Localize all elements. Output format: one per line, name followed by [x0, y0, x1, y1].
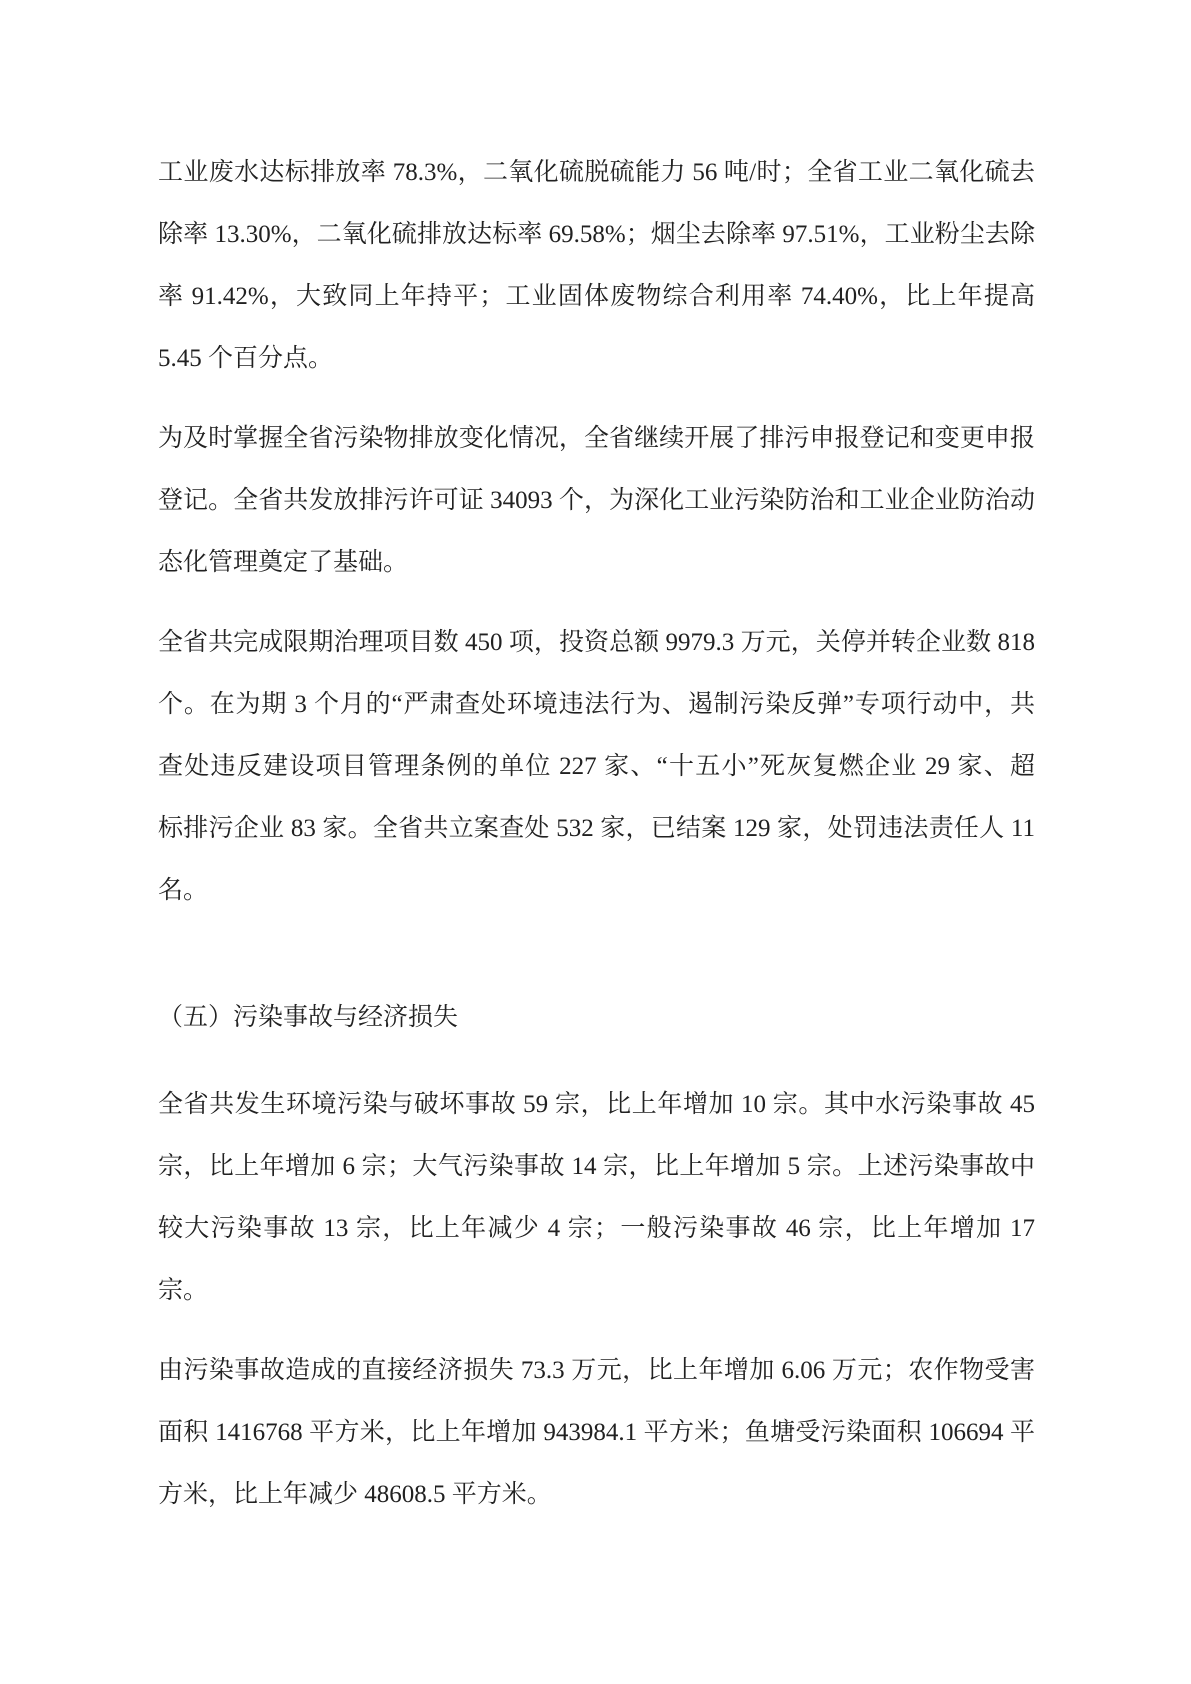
- text-line: 较大污染事故 13 宗，比上年减少 4 宗；一般污染事故 46 宗，比上年增加 …: [158, 1198, 1035, 1260]
- body-paragraph: 全省共完成限期治理项目数 450 项，投资总额 9979.3 万元，关停并转企业…: [158, 612, 1035, 922]
- section-heading: （五）污染事故与经济损失: [158, 987, 1035, 1049]
- text-line: 个。在为期 3 个月的“严肃查处环境违法行为、遏制污染反弹”专项行动中，共: [158, 674, 1035, 736]
- text-line: 率 91.42%，大致同上年持平；工业固体废物综合利用率 74.40%，比上年提…: [158, 266, 1035, 328]
- body-paragraph: 工业废水达标排放率 78.3%，二氧化硫脱硫能力 56 吨/时；全省工业二氧化硫…: [158, 142, 1035, 390]
- text-line: 查处违反建设项目管理条例的单位 227 家、“十五小”死灰复燃企业 29 家、超: [158, 736, 1035, 798]
- document-body: 工业废水达标排放率 78.3%，二氧化硫脱硫能力 56 吨/时；全省工业二氧化硫…: [158, 142, 1035, 1544]
- text-line: 工业废水达标排放率 78.3%，二氧化硫脱硫能力 56 吨/时；全省工业二氧化硫…: [158, 142, 1035, 204]
- body-paragraph: 由污染事故造成的直接经济损失 73.3 万元，比上年增加 6.06 万元；农作物…: [158, 1340, 1035, 1526]
- text-line: 全省共完成限期治理项目数 450 项，投资总额 9979.3 万元，关停并转企业…: [158, 612, 1035, 674]
- text-line: 除率 13.30%，二氧化硫排放达标率 69.58%；烟尘去除率 97.51%，…: [158, 204, 1035, 266]
- body-paragraph: 为及时掌握全省污染物排放变化情况，全省继续开展了排污申报登记和变更申报 登记。全…: [158, 408, 1035, 594]
- text-line: 面积 1416768 平方米，比上年增加 943984.1 平方米；鱼塘受污染面…: [158, 1402, 1035, 1464]
- text-line: 全省共发生环境污染与破坏事故 59 宗，比上年增加 10 宗。其中水污染事故 4…: [158, 1074, 1035, 1136]
- text-line: 态化管理奠定了基础。: [158, 532, 1035, 594]
- text-line: 标排污企业 83 家。全省共立案查处 532 家，已结案 129 家，处罚违法责…: [158, 798, 1035, 860]
- text-line: 方米，比上年减少 48608.5 平方米。: [158, 1464, 1035, 1526]
- body-paragraph: 全省共发生环境污染与破坏事故 59 宗，比上年增加 10 宗。其中水污染事故 4…: [158, 1074, 1035, 1322]
- text-line: 为及时掌握全省污染物排放变化情况，全省继续开展了排污申报登记和变更申报: [158, 408, 1035, 470]
- text-line: 由污染事故造成的直接经济损失 73.3 万元，比上年增加 6.06 万元；农作物…: [158, 1340, 1035, 1402]
- text-line: 宗。: [158, 1260, 1035, 1322]
- text-line: 名。: [158, 860, 1035, 922]
- text-line: 宗，比上年增加 6 宗；大气污染事故 14 宗，比上年增加 5 宗。上述污染事故…: [158, 1136, 1035, 1198]
- text-line: 5.45 个百分点。: [158, 328, 1035, 390]
- text-line: 登记。全省共发放排污许可证 34093 个，为深化工业污染防治和工业企业防治动: [158, 470, 1035, 532]
